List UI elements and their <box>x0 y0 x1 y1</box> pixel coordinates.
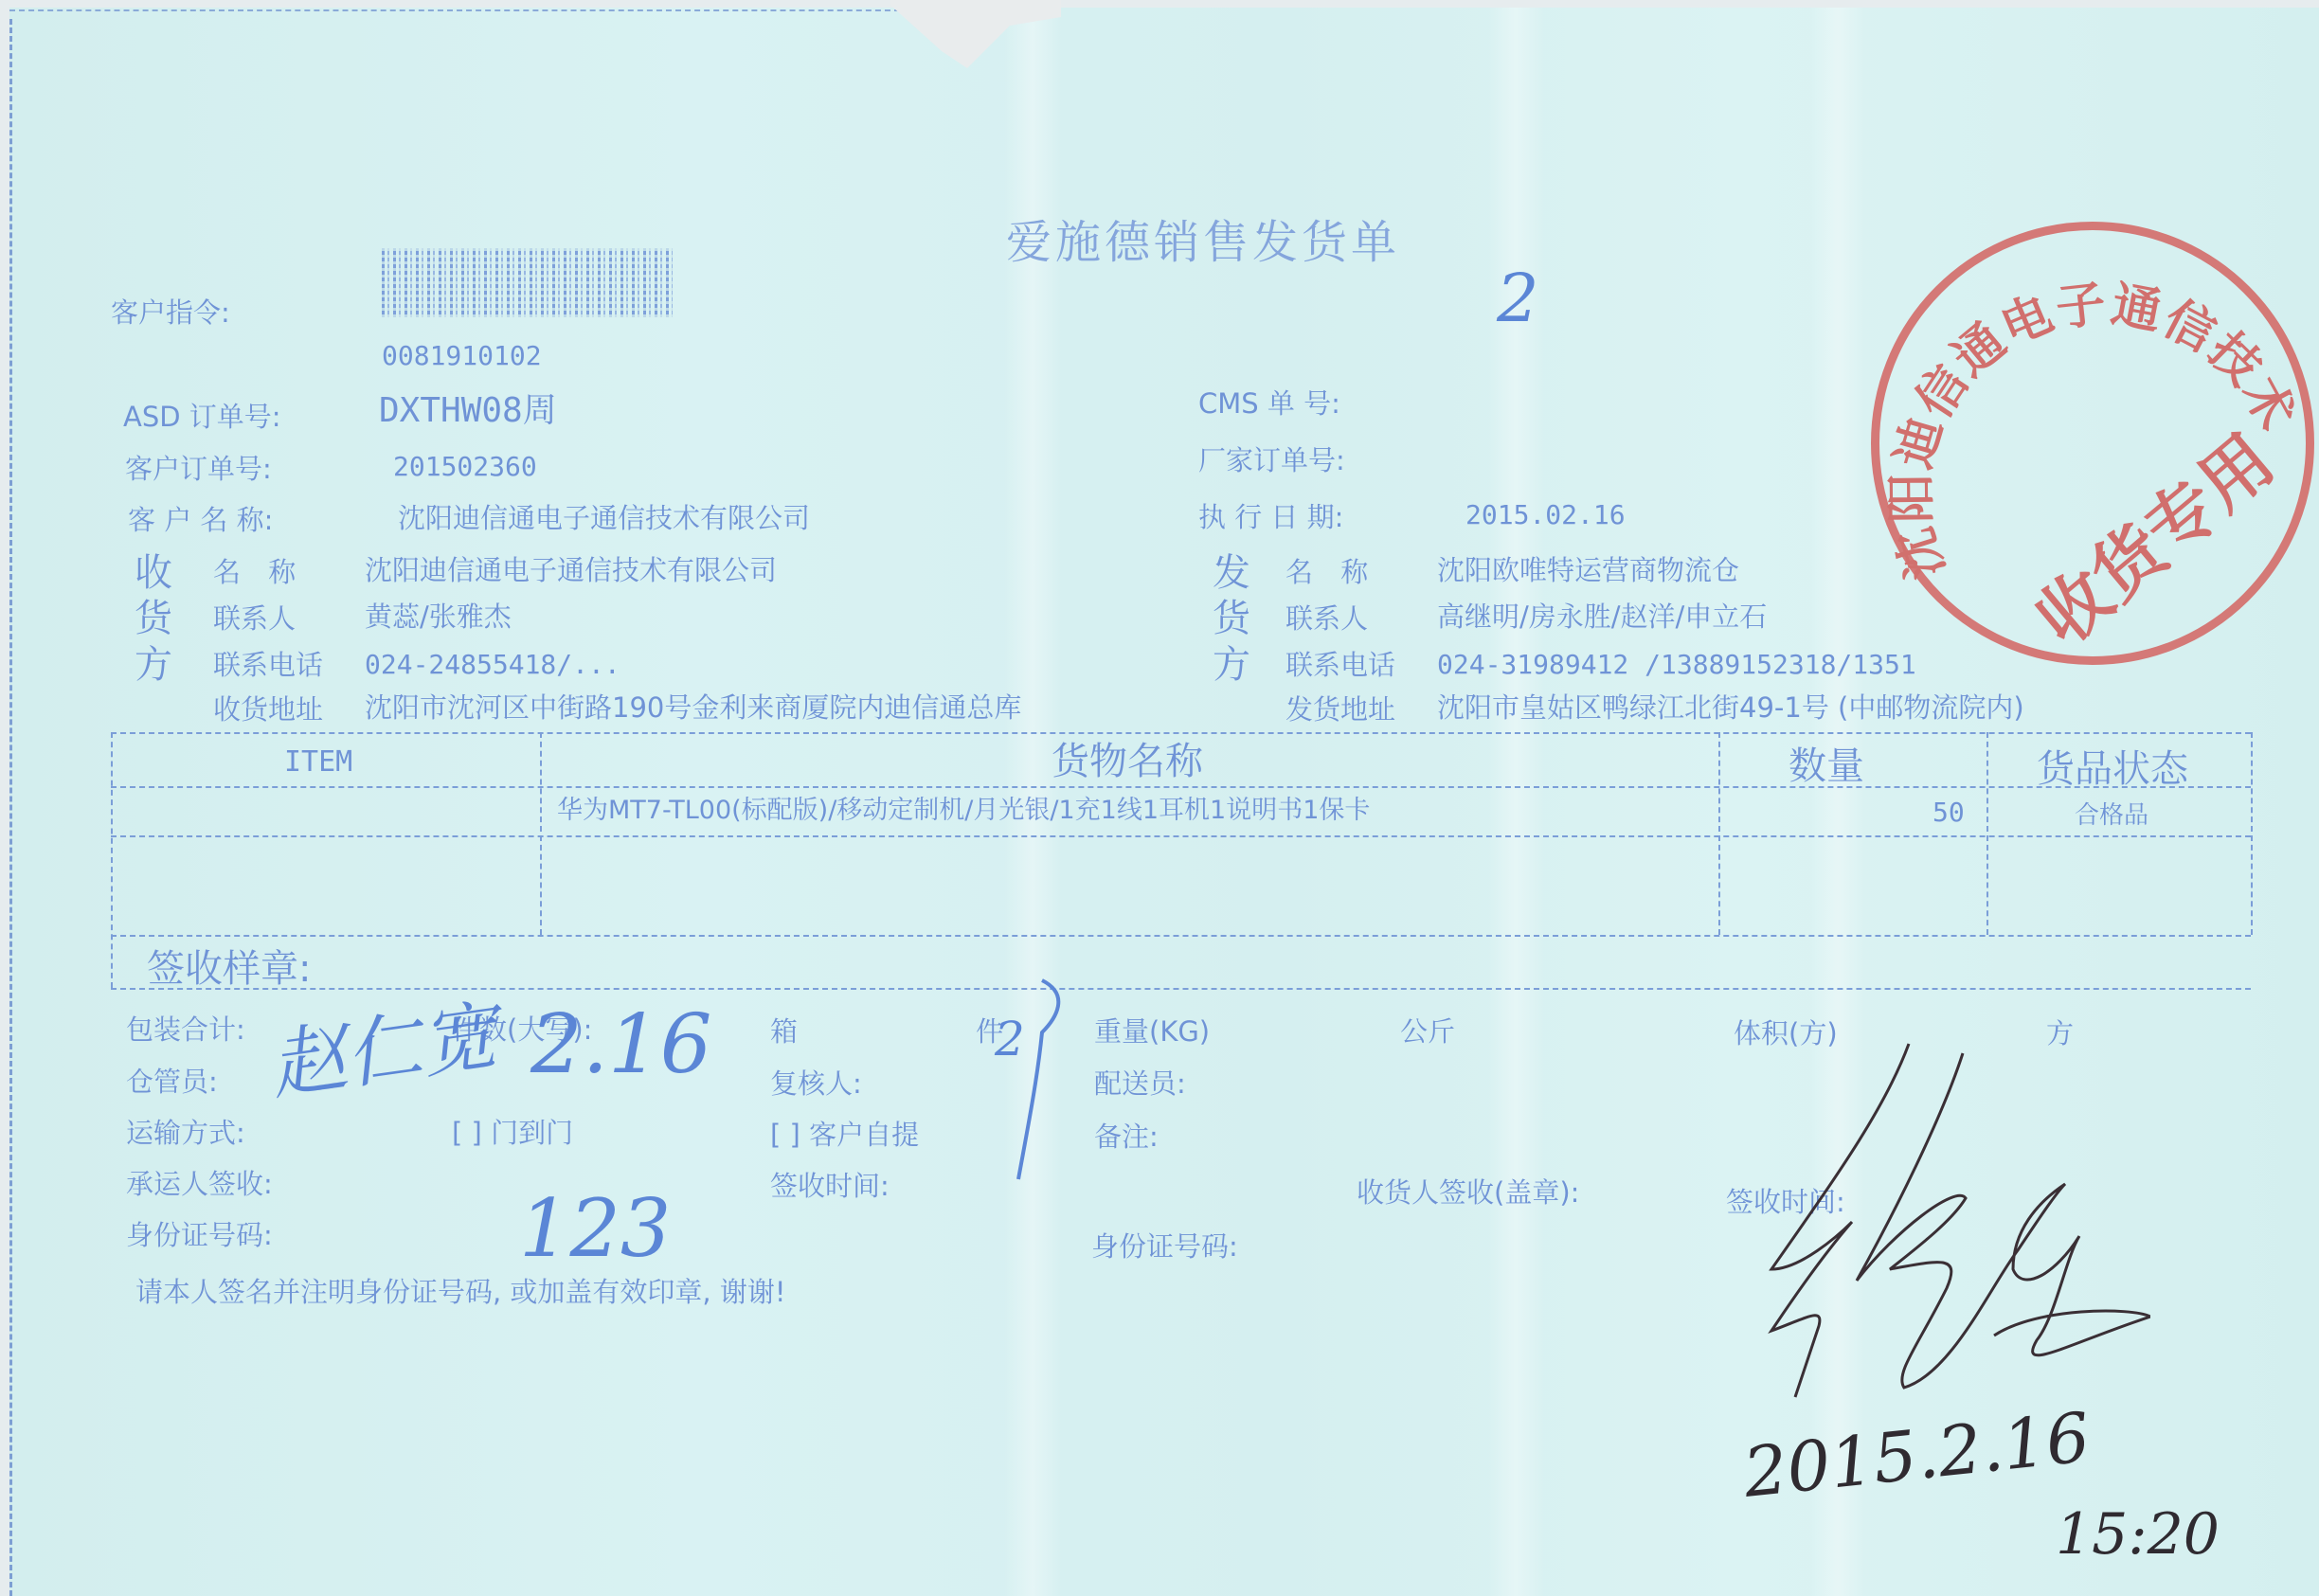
column-header-item: ITEM <box>284 748 352 777</box>
receiver-sign-label: 收货人签收(盖章): <box>1357 1179 1579 1207</box>
reviewer-label: 复核人: <box>770 1070 862 1098</box>
carrier-sign-label: 承运人签收: <box>126 1171 273 1198</box>
receiver-side-char-2: 货 <box>135 600 172 637</box>
handwritten-receive-time: 15:20 <box>2056 1506 2220 1563</box>
receiver-address-label: 收货地址 <box>213 696 323 724</box>
receiver-phone-value: 024-24855418/... <box>365 652 620 678</box>
row-status: 合格品 <box>2075 803 2148 828</box>
column-header-goods-name: 货物名称 <box>1052 743 1203 780</box>
customer-order-label: 客户订单号: <box>125 456 272 483</box>
exec-date-label: 执 行 日 期: <box>1198 504 1343 531</box>
column-header-quantity: 数量 <box>1789 747 1864 785</box>
transport-method-label: 运输方式: <box>126 1120 245 1147</box>
receiver-name-value: 沈阳迪信通电子通信技术有限公司 <box>365 557 777 584</box>
cms-number-label: CMS 单 号: <box>1198 390 1340 418</box>
door-to-door-checkbox[interactable]: [ ] 门到门 <box>452 1120 573 1147</box>
column-header-status: 货品状态 <box>2037 750 2188 788</box>
sign-stamp-label: 签收样章: <box>147 950 311 988</box>
handwritten-copy-number: 2 <box>1497 265 1539 332</box>
self-pickup-checkbox[interactable]: [ ] 客户自提 <box>770 1121 919 1149</box>
perforated-top-edge <box>9 9 900 11</box>
receiver-contact-value: 黄蕊/张雅杰 <box>365 603 512 631</box>
weight-unit: 公斤 <box>1400 1018 1455 1046</box>
row-quantity: 50 <box>1932 799 1965 826</box>
deliverer-label: 配送员: <box>1094 1070 1186 1098</box>
sign-time-label: 签收时间: <box>770 1173 890 1200</box>
row-goods-name: 华为MT7-TL00(标配版)/移动定制机/月光银/1充1线1耳机1说明书1保卡 <box>557 798 1370 823</box>
customer-name-value: 沈阳迪信通电子通信技术有限公司 <box>398 505 810 532</box>
customer-name-label: 客 户 名 称: <box>128 507 273 534</box>
sender-address-label: 发货地址 <box>1285 696 1395 724</box>
receiver-address-value: 沈阳市沈河区中街路190号金利来商厦院内迪信通总库 <box>365 694 1021 722</box>
sender-name-value: 沈阳欧唯特运营商物流仓 <box>1437 557 1739 584</box>
sender-address-value: 沈阳市皇姑区鸭绿江北街49-1号 (中邮物流院内) <box>1437 694 2024 722</box>
sender-side-char-2: 货 <box>1213 600 1250 637</box>
perforated-left-edge <box>9 19 12 1596</box>
receiver-signature <box>1753 1032 2150 1402</box>
exec-date-value: 2015.02.16 <box>1465 502 1626 529</box>
signature-notice: 请本人签名并注明身份证号码, 或加盖有效印章, 谢谢! <box>135 1279 786 1306</box>
sender-phone-value: 024-31989412 /13889152318/1351 <box>1437 652 1916 678</box>
remarks-label: 备注: <box>1094 1123 1159 1151</box>
weight-label: 重量(KG) <box>1094 1018 1210 1046</box>
receiver-side-char-3: 方 <box>135 646 172 684</box>
company-receipt-stamp: 沈阳迪信通电子通信技术有限公司 收货专用 <box>1871 222 2314 665</box>
id-number-label: 身份证号码: <box>126 1222 273 1249</box>
pack-total-label: 包装合计: <box>126 1016 245 1044</box>
document-title: 爱施德销售发货单 <box>1006 220 1400 265</box>
sender-name-label: 名 称 <box>1285 559 1377 586</box>
sender-contact-label: 联系人 <box>1285 605 1368 633</box>
pen-stroke <box>1004 976 1080 1184</box>
handwritten-id-scribble: 123 <box>519 1189 671 1268</box>
factory-order-label: 厂家订单号: <box>1198 447 1345 475</box>
asd-order-value: DXTHW08周 <box>379 394 557 428</box>
receiver-name-label: 名 称 <box>213 559 305 586</box>
handwritten-pieces-date: 2.16 <box>530 1004 711 1085</box>
sender-side-char-1: 发 <box>1213 554 1250 592</box>
warehouse-keeper-label: 仓管员: <box>126 1068 218 1096</box>
customer-instruction-value: 0081910102 <box>382 343 542 369</box>
receiver-contact-label: 联系人 <box>213 605 296 633</box>
sender-phone-label: 联系电话 <box>1285 652 1395 679</box>
sender-contact-value: 高继明/房永胜/赵洋/申立石 <box>1437 603 1767 631</box>
sender-side-char-3: 方 <box>1213 646 1250 684</box>
id-number-label-right: 身份证号码: <box>1091 1233 1238 1261</box>
asd-order-label: ASD 订单号: <box>123 403 281 431</box>
receiver-side-char-1: 收 <box>135 554 172 592</box>
customer-instruction-label: 客户指令: <box>111 299 230 327</box>
receiver-phone-label: 联系电话 <box>213 652 323 679</box>
barcode-icon <box>382 248 673 317</box>
customer-order-value: 201502360 <box>393 454 537 480</box>
box-label: 箱 <box>770 1018 798 1046</box>
